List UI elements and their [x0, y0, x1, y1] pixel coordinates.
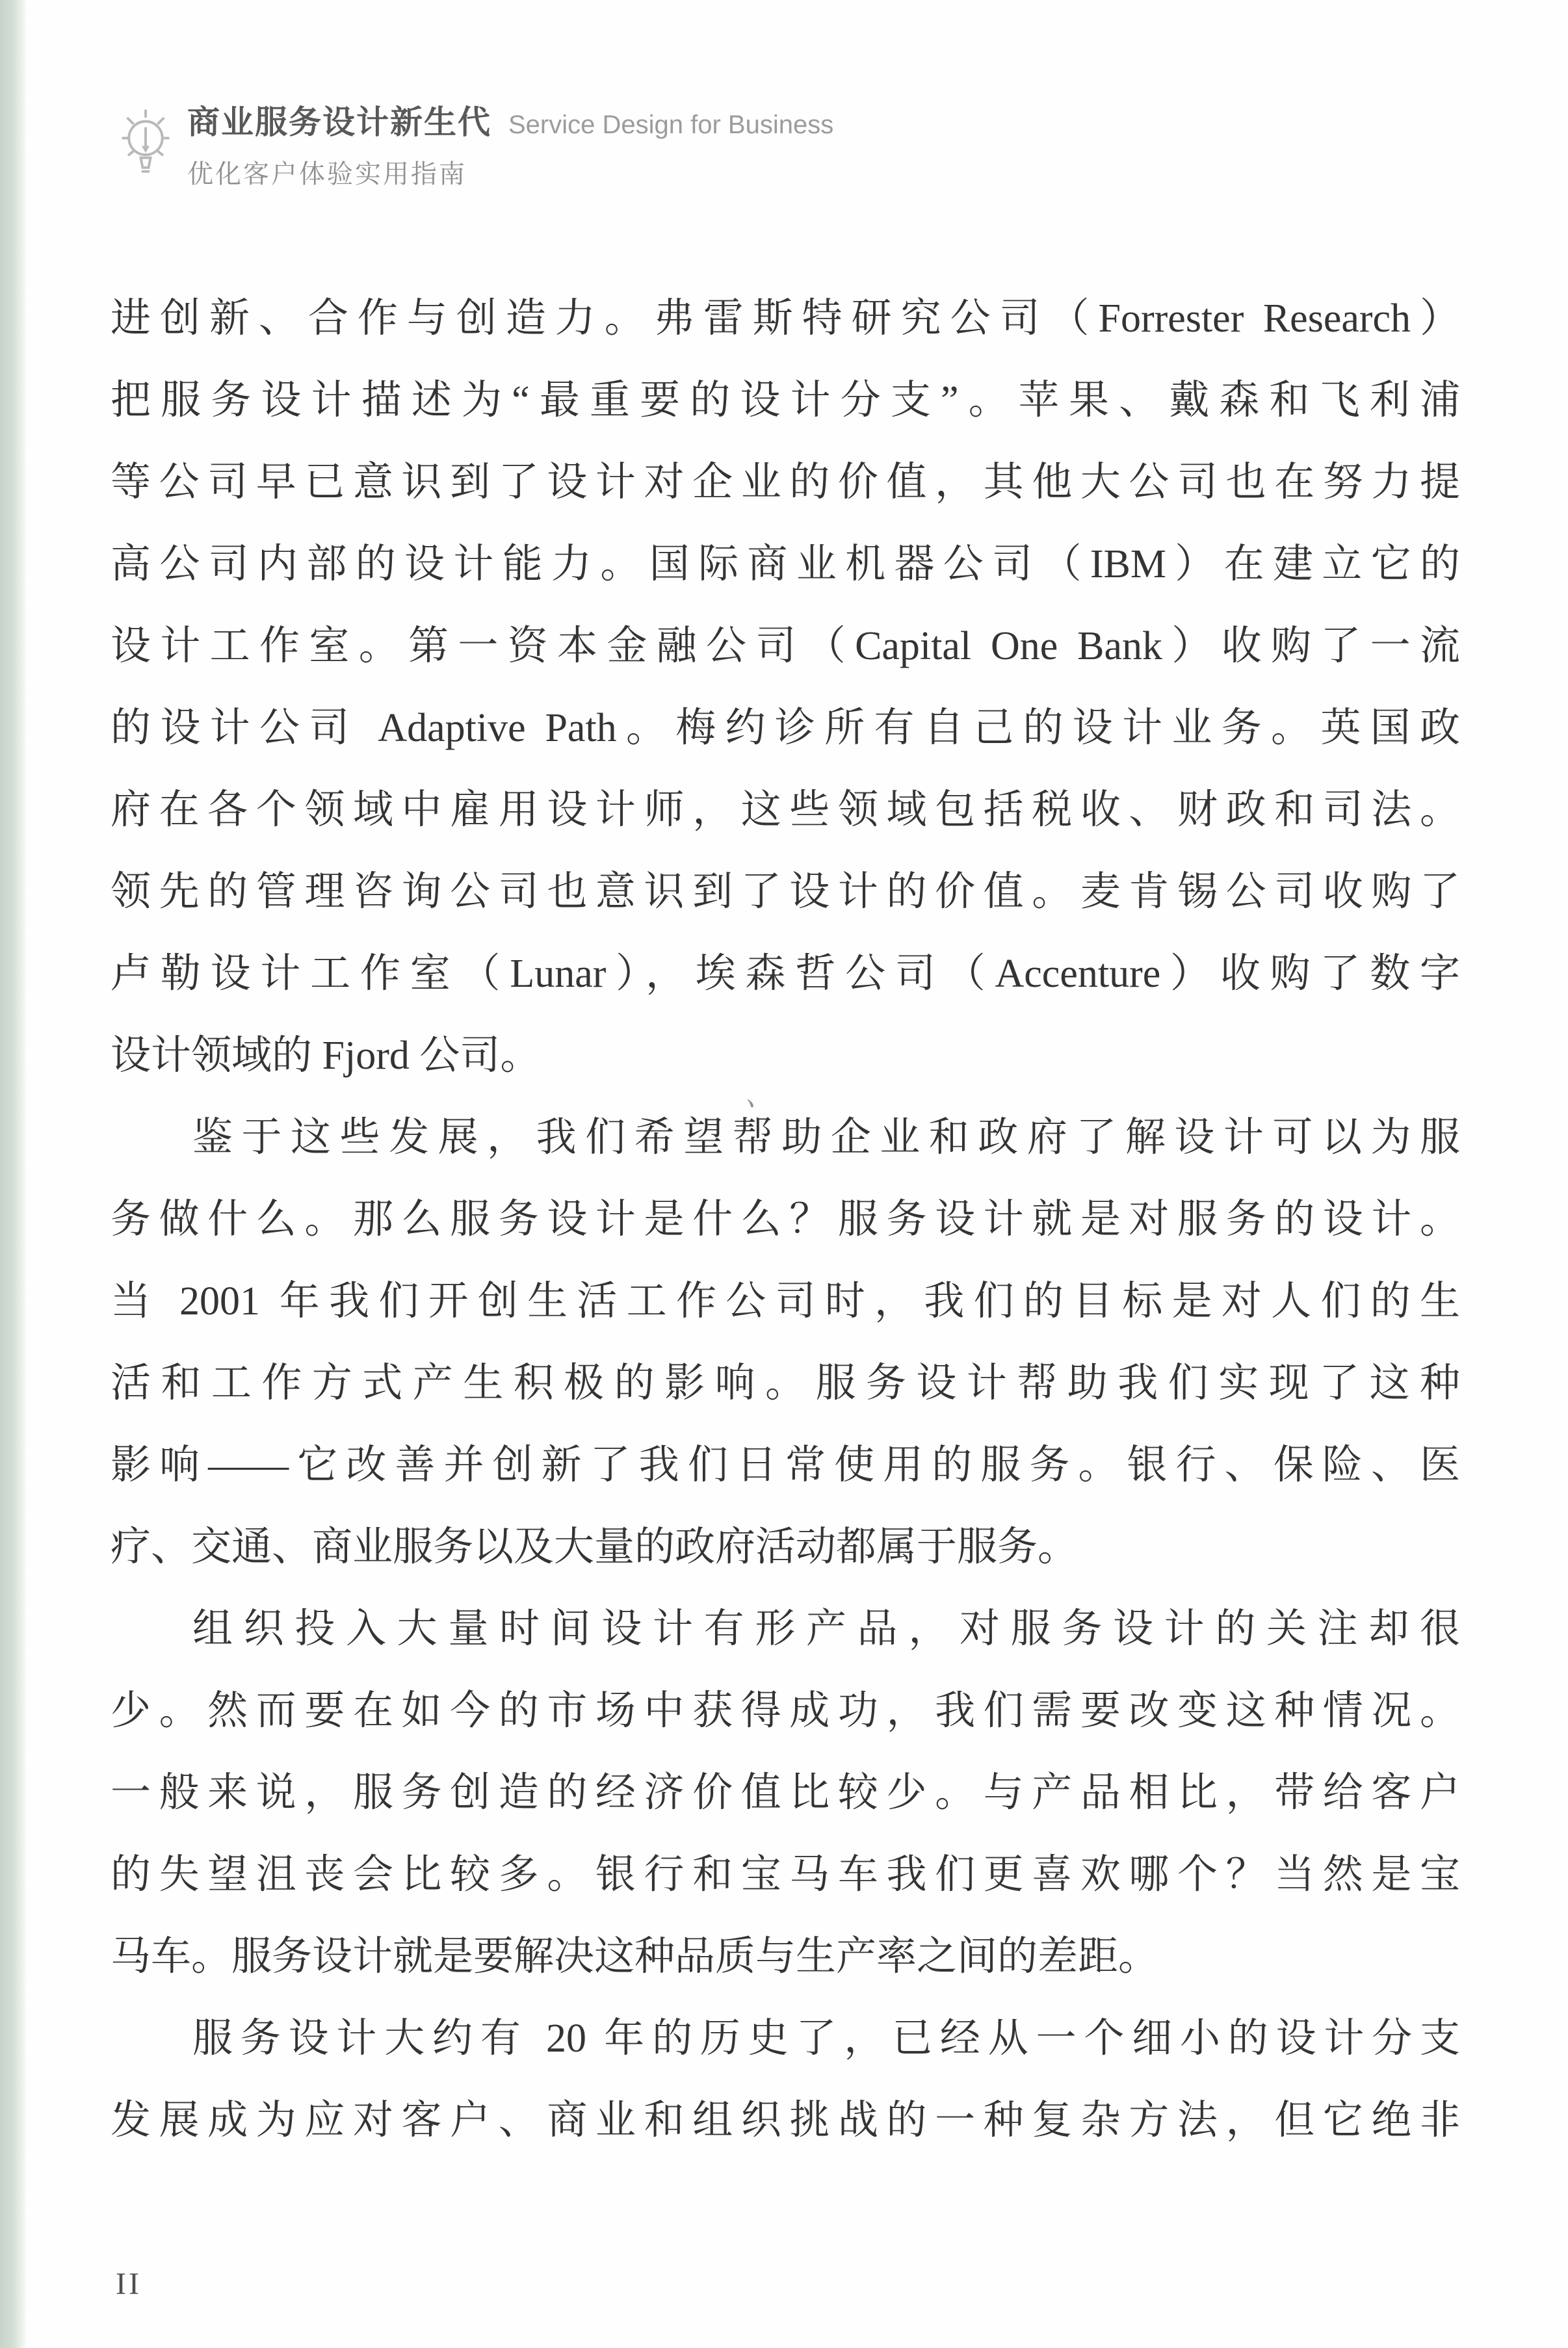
- book-title-cn: 商业服务设计新生代: [187, 104, 491, 140]
- text-line: 领先的管理咨询公司也意识到了设计的价值。麦肯锡公司收购了: [111, 851, 1460, 933]
- text-line: 马车。服务设计就是要解决这种品质与生产率之间的差距。: [111, 1916, 1460, 1998]
- text-line: 高公司内部的设计能力。国际商业机器公司（IBM）在建立它的: [111, 523, 1460, 605]
- text-line: 影响——它改善并创新了我们日常使用的服务。银行、保险、医: [111, 1424, 1460, 1506]
- text-line: 疗、交通、商业服务以及大量的政府活动都属于服务。: [111, 1506, 1460, 1588]
- text-line: 的失望沮丧会比较多。银行和宝马车我们更喜欢哪个？当然是宝: [111, 1834, 1460, 1916]
- scan-edge-strip: [0, 0, 27, 2348]
- text-line: 的设计公司 Adaptive Path。梅约诊所有自己的设计业务。英国政: [111, 687, 1460, 769]
- text-line: 务做什么。那么服务设计是什么？服务设计就是对服务的设计。: [111, 1179, 1460, 1260]
- text-line: 卢勒设计工作室（Lunar），埃森哲公司（Accenture）收购了数字: [111, 933, 1460, 1015]
- book-page: 商业服务设计新生代Service Design for Business 优化客…: [0, 0, 1568, 2348]
- text-line: 府在各个领域中雇用设计师，这些领域包括税收、财政和司法。: [111, 769, 1460, 851]
- header-title-row: 商业服务设计新生代Service Design for Business: [187, 96, 833, 143]
- text-line: 少。然而要在如今的市场中获得成功，我们需要改变这种情况。: [111, 1670, 1460, 1752]
- text-line: 设计工作室。第一资本金融公司（Capital One Bank）收购了一流: [111, 605, 1460, 687]
- header-text: 商业服务设计新生代Service Design for Business 优化客…: [187, 96, 833, 190]
- text-line: 活和工作方式产生积极的影响。服务设计帮助我们实现了这种: [111, 1342, 1460, 1424]
- text-line: 设计领域的 Fjord 公司。: [111, 1015, 1460, 1097]
- text-line: 把服务设计描述为“最重要的设计分支”。苹果、戴森和飞利浦: [111, 359, 1460, 441]
- book-subtitle: 优化客户体验实用指南: [187, 153, 833, 190]
- page-body-text: 进创新、合作与创造力。弗雷斯特研究公司（Forrester Research） …: [111, 278, 1460, 2161]
- book-header: 商业服务设计新生代Service Design for Business 优化客…: [116, 96, 833, 190]
- lightbulb-icon: [116, 99, 176, 190]
- text-line: 当 2001 年我们开创生活工作公司时，我们的目标是对人们的生: [111, 1260, 1460, 1342]
- text-line: 鉴于这些发展，我们希望帮助企业和政府了解设计可以为服: [111, 1097, 1460, 1179]
- text-line: 进创新、合作与创造力。弗雷斯特研究公司（Forrester Research）: [111, 278, 1460, 359]
- text-line: 等公司早已意识到了设计对企业的价值，其他大公司也在努力提: [111, 441, 1460, 523]
- text-line: 一般来说，服务创造的经济价值比较少。与产品相比，带给客户: [111, 1752, 1460, 1834]
- text-line: 服务设计大约有 20 年的历史了，已经从一个细小的设计分支: [111, 1998, 1460, 2080]
- page-number: II: [116, 2266, 142, 2302]
- text-line: 组织投入大量时间设计有形产品，对服务设计的关注却很: [111, 1588, 1460, 1670]
- text-line: 发展成为应对客户、商业和组织挑战的一种复杂方法，但它绝非: [111, 2080, 1460, 2161]
- book-title-en: Service Design for Business: [508, 111, 833, 139]
